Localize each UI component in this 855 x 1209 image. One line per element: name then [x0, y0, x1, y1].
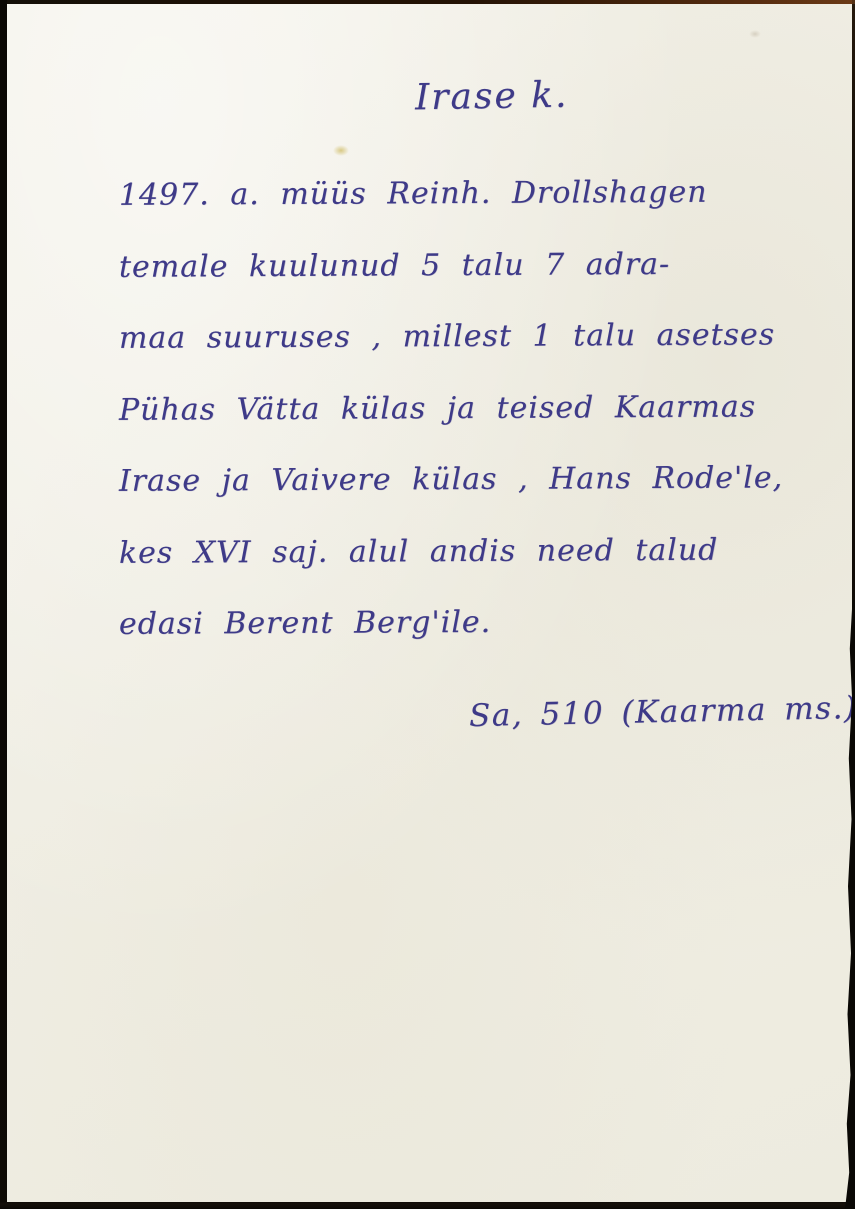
card-title: Irase k. [415, 75, 569, 119]
paper-stain [749, 30, 761, 38]
card-body: 1497. a. müüs Reinh. Drollshagen temale … [119, 176, 819, 677]
handwritten-line: Pühas Vätta külas ja teised Kaarmas [119, 389, 819, 464]
scan-edge-top [0, 0, 855, 4]
handwritten-line: maa suuruses , millest 1 talu asetses [119, 317, 819, 392]
handwritten-line: Irase ja Vaivere külas , Hans Rode'le, [119, 460, 819, 535]
handwritten-line: kes XVI saj. alul andis need talud [119, 532, 819, 607]
paper-stain [333, 145, 349, 156]
handwritten-line: 1497. a. müüs Reinh. Drollshagen [119, 174, 819, 249]
index-card-paper: Irase k. 1497. a. müüs Reinh. Drollshage… [7, 4, 852, 1202]
scan-edge-left [0, 0, 7, 1209]
handwritten-line: temale kuulunud 5 talu 7 adra- [119, 246, 819, 321]
scanned-archive-card: Irase k. 1497. a. müüs Reinh. Drollshage… [0, 0, 855, 1209]
source-citation: Sa, 510 (Kaarma ms.) [469, 690, 855, 734]
scan-edge-bottom [0, 1202, 855, 1209]
handwritten-line: edasi Berent Berg'ile. [119, 603, 819, 678]
